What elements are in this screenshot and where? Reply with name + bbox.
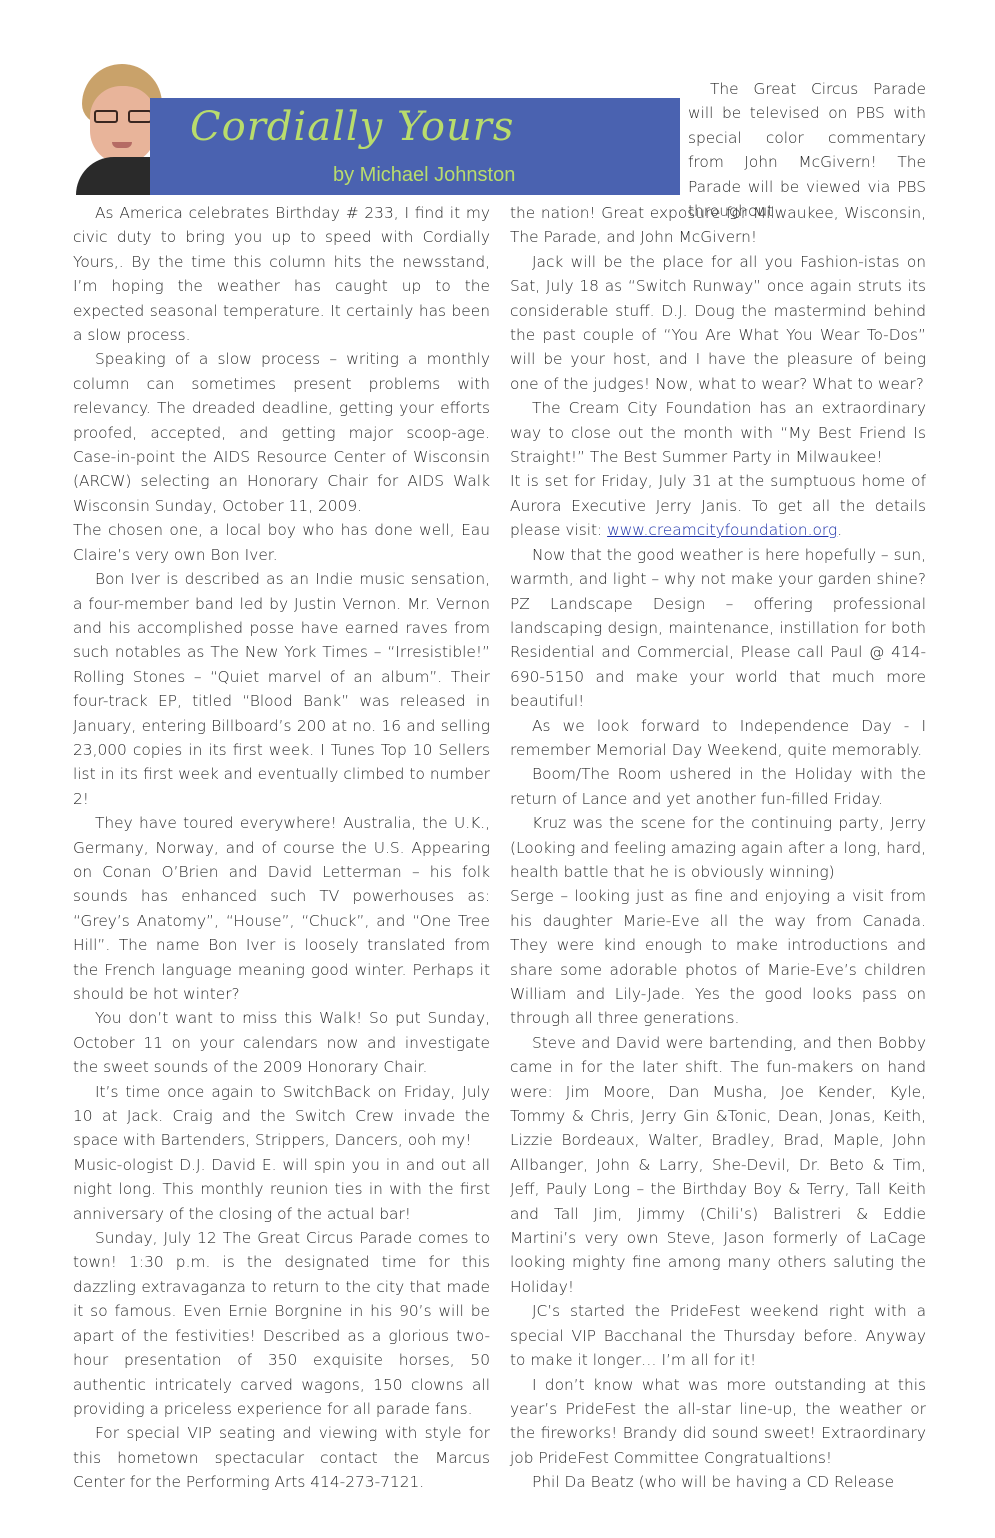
right-column: the nation! Great exposure for Milwaukee… [510,201,926,1495]
magazine-page: Cordially Yours by Michael Johnston The … [0,0,995,1538]
paragraph: I don’t know what was more outstanding a… [510,1373,926,1471]
paragraph: the nation! Great exposure for Milwaukee… [510,201,926,250]
paragraph: Boom/The Room ushered in the Holiday wit… [510,762,926,811]
paragraph: Bon Iver is described as an Indie music … [73,567,490,811]
photo-mouth [112,142,132,148]
paragraph: Phil Da Beatz (who will be having a CD R… [510,1470,926,1494]
column-title: Cordially Yours [190,104,514,150]
paragraph: It is set for Friday, July 31 at the sum… [510,469,926,542]
photo-glasses [94,110,152,124]
paragraph: JC’s started the PrideFest weekend right… [510,1299,926,1372]
paragraph: As we look forward to Independence Day -… [510,714,926,763]
column-banner: Cordially Yours by Michael Johnston [150,98,680,195]
paragraph: They have toured everywhere! Australia, … [73,811,490,1006]
paragraph: It’s time once again to SwitchBack on Fr… [73,1080,490,1153]
paragraph: Now that the good weather is here hopefu… [510,543,926,714]
paragraph: Kruz was the scene for the continuing pa… [510,811,926,884]
paragraph: Speaking of a slow process – writing a m… [73,347,490,518]
cream-city-foundation-link[interactable]: www.creamcityfoundation.org [607,521,837,539]
paragraph: As America celebrates Birthday # 233, I … [73,201,490,347]
author-byline: by Michael Johnston [333,164,515,187]
paragraph: For special VIP seating and viewing with… [73,1421,490,1494]
paragraph: Music-ologist D.J. David E. will spin yo… [73,1153,490,1226]
paragraph: You don’t want to miss this Walk! So put… [73,1006,490,1079]
paragraph: Steve and David were bartending, and the… [510,1031,926,1299]
paragraph: Jack will be the place for all you Fashi… [510,250,926,396]
paragraph: Serge – looking just as fine and enjoyin… [510,884,926,1030]
paragraph: The Cream City Foundation has an extraor… [510,396,926,469]
photo-face [90,86,156,164]
left-column: As America celebrates Birthday # 233, I … [73,201,490,1495]
paragraph: Sunday, July 12 The Great Circus Parade … [73,1226,490,1421]
paragraph: The chosen one, a local boy who has done… [73,518,490,567]
